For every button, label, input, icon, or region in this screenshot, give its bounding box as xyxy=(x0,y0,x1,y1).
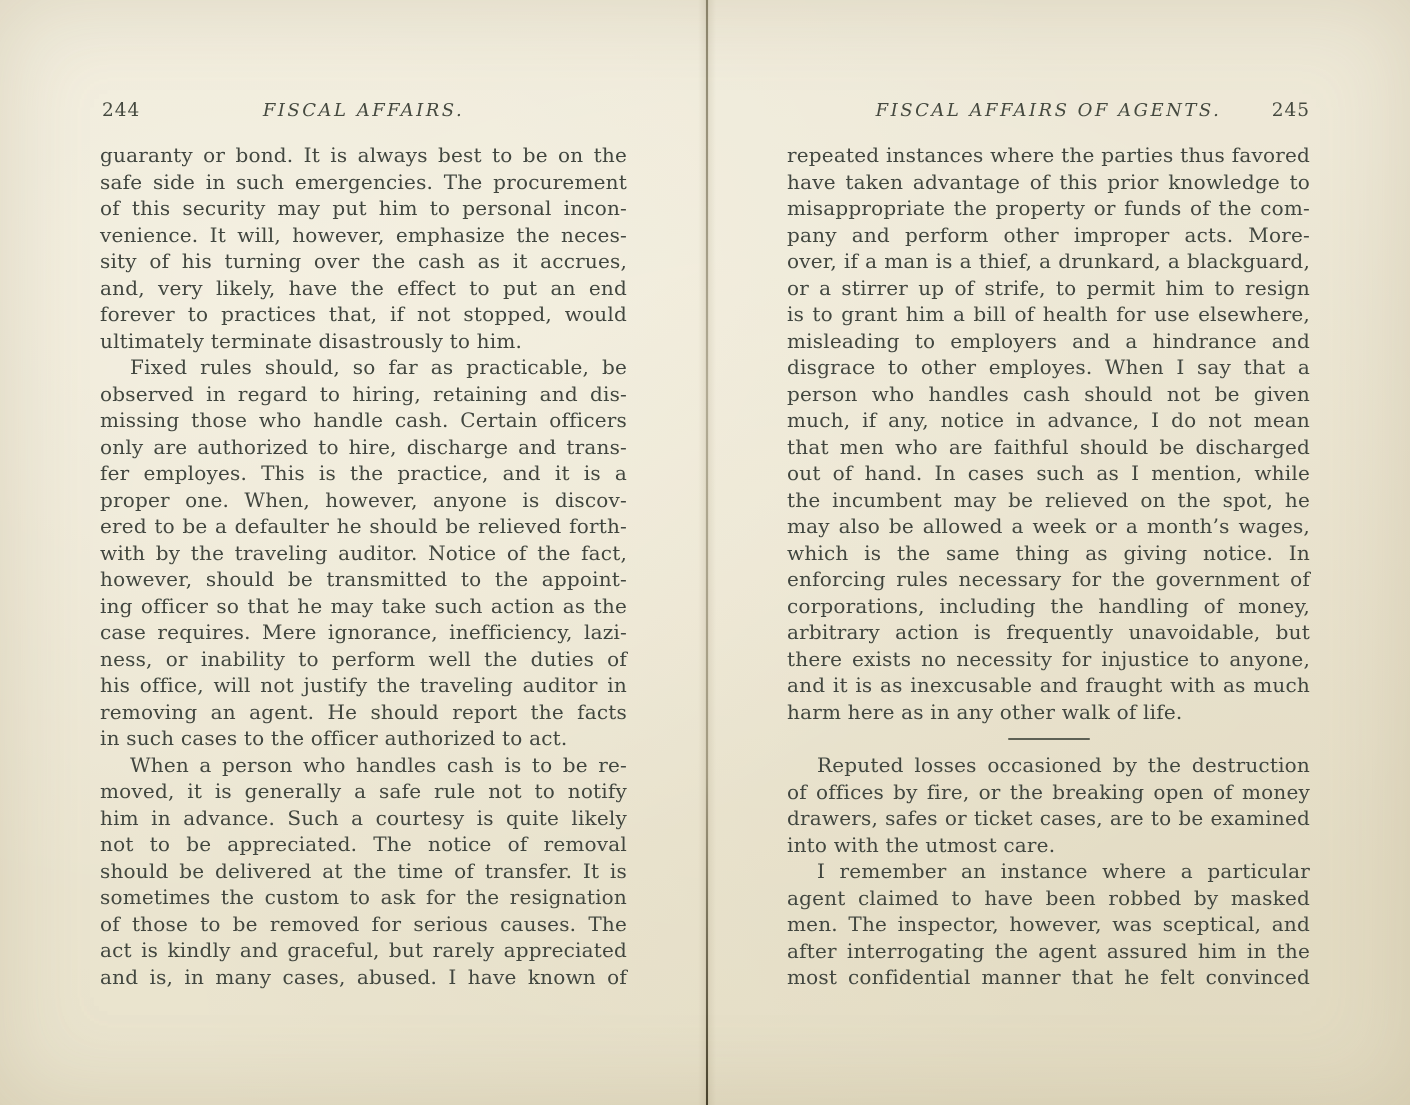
text-line: proper one. When, however, anyone is dis… xyxy=(100,487,627,514)
text-line: enforcing rules necessary for the govern… xyxy=(787,566,1310,593)
text-line: missing those who handle cash. Certain o… xyxy=(100,407,627,434)
right-page: FISCAL AFFAIRS OF AGENTS. 245 repeated i… xyxy=(787,100,1310,991)
text-line: corporations, including the handling of … xyxy=(787,593,1310,620)
text-line: sometimes the custom to ask for the resi… xyxy=(100,884,627,911)
text-line: him in advance. Such a courtesy is quite… xyxy=(100,805,627,832)
text-line: and, very likely, have the effect to put… xyxy=(100,275,627,302)
right-page-header: FISCAL AFFAIRS OF AGENTS. 245 xyxy=(787,100,1310,124)
text-line: I remember an instance where a particula… xyxy=(787,858,1310,885)
text-line: agent claimed to have been robbed by mas… xyxy=(787,885,1310,912)
text-line: sity of his turning over the cash as it … xyxy=(100,248,627,275)
text-line: not to be appreciated. The notice of rem… xyxy=(100,831,627,858)
text-line: harm here as in any other walk of life. xyxy=(787,699,1310,726)
text-line: and it is as inexcusable and fraught wit… xyxy=(787,672,1310,699)
text-line: act is kindly and graceful, but rarely a… xyxy=(100,937,627,964)
text-line: after interrogating the agent assured hi… xyxy=(787,938,1310,965)
text-line: that men who are faithful should be disc… xyxy=(787,434,1310,461)
text-line: however, should be transmitted to the ap… xyxy=(100,566,627,593)
text-line: much, if any, notice in advance, I do no… xyxy=(787,407,1310,434)
left-page-header: 244 FISCAL AFFAIRS. xyxy=(100,100,627,124)
text-line: ered to be a defaulter he should be reli… xyxy=(100,513,627,540)
section-divider xyxy=(787,725,1310,752)
text-line: of those to be removed for serious cause… xyxy=(100,911,627,938)
text-line: misappropriate the property or funds of … xyxy=(787,195,1310,222)
text-line: men. The inspector, however, was sceptic… xyxy=(787,911,1310,938)
text-line: person who handles cash should not be gi… xyxy=(787,381,1310,408)
text-line: drawers, safes or ticket cases, are to b… xyxy=(787,805,1310,832)
left-running-head: FISCAL AFFAIRS. xyxy=(100,100,627,121)
text-line: removing an agent. He should report the … xyxy=(100,699,627,726)
text-line: pany and perform other improper acts. Mo… xyxy=(787,222,1310,249)
text-line: case requires. Mere ignorance, inefficie… xyxy=(100,619,627,646)
text-line: there exists no necessity for injustice … xyxy=(787,646,1310,673)
text-line: only are authorized to hire, discharge a… xyxy=(100,434,627,461)
text-line: which is the same thing as giving notice… xyxy=(787,540,1310,567)
text-line: the incumbent may be relieved on the spo… xyxy=(787,487,1310,514)
text-line: safe side in such emergencies. The procu… xyxy=(100,169,627,196)
text-line: or a stirrer up of strife, to permit him… xyxy=(787,275,1310,302)
text-line: of this security may put him to personal… xyxy=(100,195,627,222)
text-line: When a person who handles cash is to be … xyxy=(100,752,627,779)
text-line: of offices by fire, or the breaking open… xyxy=(787,779,1310,806)
text-line: disgrace to other employes. When I say t… xyxy=(787,354,1310,381)
text-line: misleading to employers and a hindrance … xyxy=(787,328,1310,355)
right-running-head: FISCAL AFFAIRS OF AGENTS. xyxy=(787,100,1310,121)
text-line: venience. It will, however, emphasize th… xyxy=(100,222,627,249)
text-line: repeated instances where the parties thu… xyxy=(787,142,1310,169)
text-line: ing officer so that he may take such act… xyxy=(100,593,627,620)
text-line: is to grant him a bill of health for use… xyxy=(787,301,1310,328)
text-line: most confidential manner that he felt co… xyxy=(787,964,1310,991)
text-line: with by the traveling auditor. Notice of… xyxy=(100,540,627,567)
text-line: forever to practices that, if not stoppe… xyxy=(100,301,627,328)
text-line: out of hand. In cases such as I mention,… xyxy=(787,460,1310,487)
text-line: may also be allowed a week or a month’s … xyxy=(787,513,1310,540)
book-gutter xyxy=(698,0,716,1105)
text-line: observed in regard to hiring, retaining … xyxy=(100,381,627,408)
text-line: arbitrary action is frequently unavoidab… xyxy=(787,619,1310,646)
text-line: moved, it is generally a safe rule not t… xyxy=(100,778,627,805)
divider-rule xyxy=(1008,738,1090,740)
text-line: his office, will not justify the traveli… xyxy=(100,672,627,699)
text-line: fer employes. This is the practice, and … xyxy=(100,460,627,487)
left-page-text: guaranty or bond. It is always best to b… xyxy=(100,142,627,990)
right-page-text: repeated instances where the parties thu… xyxy=(787,142,1310,991)
text-line: over, if a man is a thief, a drunkard, a… xyxy=(787,248,1310,275)
text-line: guaranty or bond. It is always best to b… xyxy=(100,142,627,169)
text-line: ultimately terminate disastrously to him… xyxy=(100,328,627,355)
left-page: 244 FISCAL AFFAIRS. guaranty or bond. It… xyxy=(100,100,627,990)
text-line: should be delivered at the time of trans… xyxy=(100,858,627,885)
text-line: Fixed rules should, so far as practicabl… xyxy=(100,354,627,381)
book-spread: 244 FISCAL AFFAIRS. guaranty or bond. It… xyxy=(0,0,1410,1105)
text-line: and is, in many cases, abused. I have kn… xyxy=(100,964,627,991)
text-line: ness, or inability to perform well the d… xyxy=(100,646,627,673)
text-line: into with the utmost care. xyxy=(787,832,1310,859)
text-line: Reputed losses occasioned by the destruc… xyxy=(787,752,1310,779)
text-line: have taken advantage of this prior knowl… xyxy=(787,169,1310,196)
text-line: in such cases to the officer authorized … xyxy=(100,725,627,752)
right-page-number: 245 xyxy=(1272,100,1310,121)
